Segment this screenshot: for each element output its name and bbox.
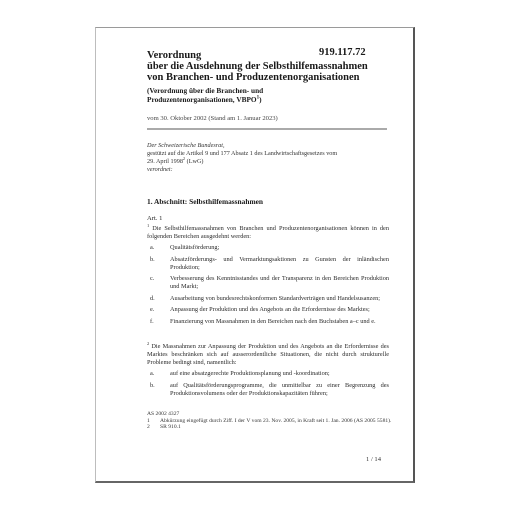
list-marker: a. — [147, 370, 170, 378]
date-line: vom 30. Oktober 2002 (Stand am 1. Januar… — [147, 115, 278, 122]
list-marker: f. — [147, 318, 170, 326]
list-item: e.Anpassung der Produktion und des Angeb… — [147, 306, 389, 314]
paragraph-text: Die Selbsthilfemassnahmen von Branchen u… — [147, 225, 389, 240]
list-text: auf eine absatzgerechte Produktionsplanu… — [170, 370, 389, 378]
paragraph-text: Die Massnahmen zur Anpassung der Produkt… — [147, 343, 389, 366]
list-marker: b. — [147, 256, 170, 272]
list-text: auf Qualitätsförderungsprogramme, die un… — [170, 382, 389, 398]
list-text: Finanzierung von Massnahmen in den Berei… — [170, 318, 389, 326]
title-line: Verordnung — [147, 50, 368, 61]
list-marker: e. — [147, 306, 170, 314]
preamble-authority: Der Schweizerische Bundesrat, — [147, 142, 337, 150]
paragraph-1-list: a.Qualitätsförderung;b.Absatzförderungs-… — [147, 244, 389, 329]
subtitle-close: ) — [259, 95, 261, 104]
list-item: f.Finanzierung von Massnahmen in den Ber… — [147, 318, 389, 326]
divider — [147, 128, 387, 130]
list-text: Anpassung der Produktion und des Angebot… — [170, 306, 389, 314]
list-item: a.Qualitätsförderung; — [147, 244, 389, 252]
preamble-enactment: verordnet: — [147, 166, 337, 174]
paragraph-1: 1 Die Selbsthilfemassnahmen von Branchen… — [147, 225, 389, 241]
document-short-title: (Verordnung über die Branchen- und Produ… — [147, 87, 263, 104]
subtitle-line: Produzentenorganisationen, VBPO — [147, 95, 257, 104]
list-marker: a. — [147, 244, 170, 252]
list-text: Qualitätsförderung; — [170, 244, 389, 252]
list-marker: d. — [147, 295, 170, 303]
title-line: von Branchen- und Produzentenorganisatio… — [147, 72, 368, 83]
footnotes: AS 2002 4327 1Abkürzung eingefügt durch … — [147, 411, 392, 431]
footnote-text: Abkürzung eingefügt durch Ziff. I der V … — [160, 418, 391, 425]
preamble: Der Schweizerische Bundesrat, gestützt a… — [147, 142, 337, 174]
footnote-number: 2 — [147, 424, 160, 431]
paragraph-2-list: a.auf eine absatzgerechte Produktionspla… — [147, 370, 389, 401]
footnote-text: SR 910.1 — [160, 424, 181, 431]
article-heading: Art. 1 — [147, 215, 162, 222]
document-title: Verordnung über die Ausdehnung der Selbs… — [147, 50, 368, 83]
footnote: 1Abkürzung eingefügt durch Ziff. I der V… — [147, 418, 392, 425]
list-item: d.Ausarbeitung von bundesrechtskonformen… — [147, 295, 389, 303]
document-page: 919.117.72 Verordnung über die Ausdehnun… — [95, 27, 415, 483]
list-text: Ausarbeitung von bundesrechtskonformen S… — [170, 295, 389, 303]
footnote: 2SR 910.1 — [147, 424, 392, 431]
list-text: Verbesserung des Kenntnisstandes und der… — [170, 275, 389, 291]
list-text: Absatzförderungs- und Vermarktungsaktion… — [170, 256, 389, 272]
list-item: c.Verbesserung des Kenntnisstandes und d… — [147, 275, 389, 291]
preamble-basis-date: 29. April 1998 — [147, 158, 183, 165]
title-line: über die Ausdehnung der Selbsthilfemassn… — [147, 61, 368, 72]
list-item: b.Absatzförderungs- und Vermarktungsakti… — [147, 256, 389, 272]
section-heading: 1. Abschnitt: Selbsthilfemassnahmen — [147, 197, 263, 206]
list-marker: b. — [147, 382, 170, 398]
list-marker: c. — [147, 275, 170, 291]
preamble-basis: gestützt auf die Artikel 9 und 177 Absat… — [147, 150, 337, 158]
paragraph-2: 2 Die Massnahmen zur Anpassung der Produ… — [147, 343, 389, 367]
page-number: 1 / 14 — [366, 456, 381, 463]
list-item: a.auf eine absatzgerechte Produktionspla… — [147, 370, 389, 378]
preamble-basis-abbr: (LwG) — [185, 158, 203, 165]
list-item: b.auf Qualitätsförderungsprogramme, die … — [147, 382, 389, 398]
